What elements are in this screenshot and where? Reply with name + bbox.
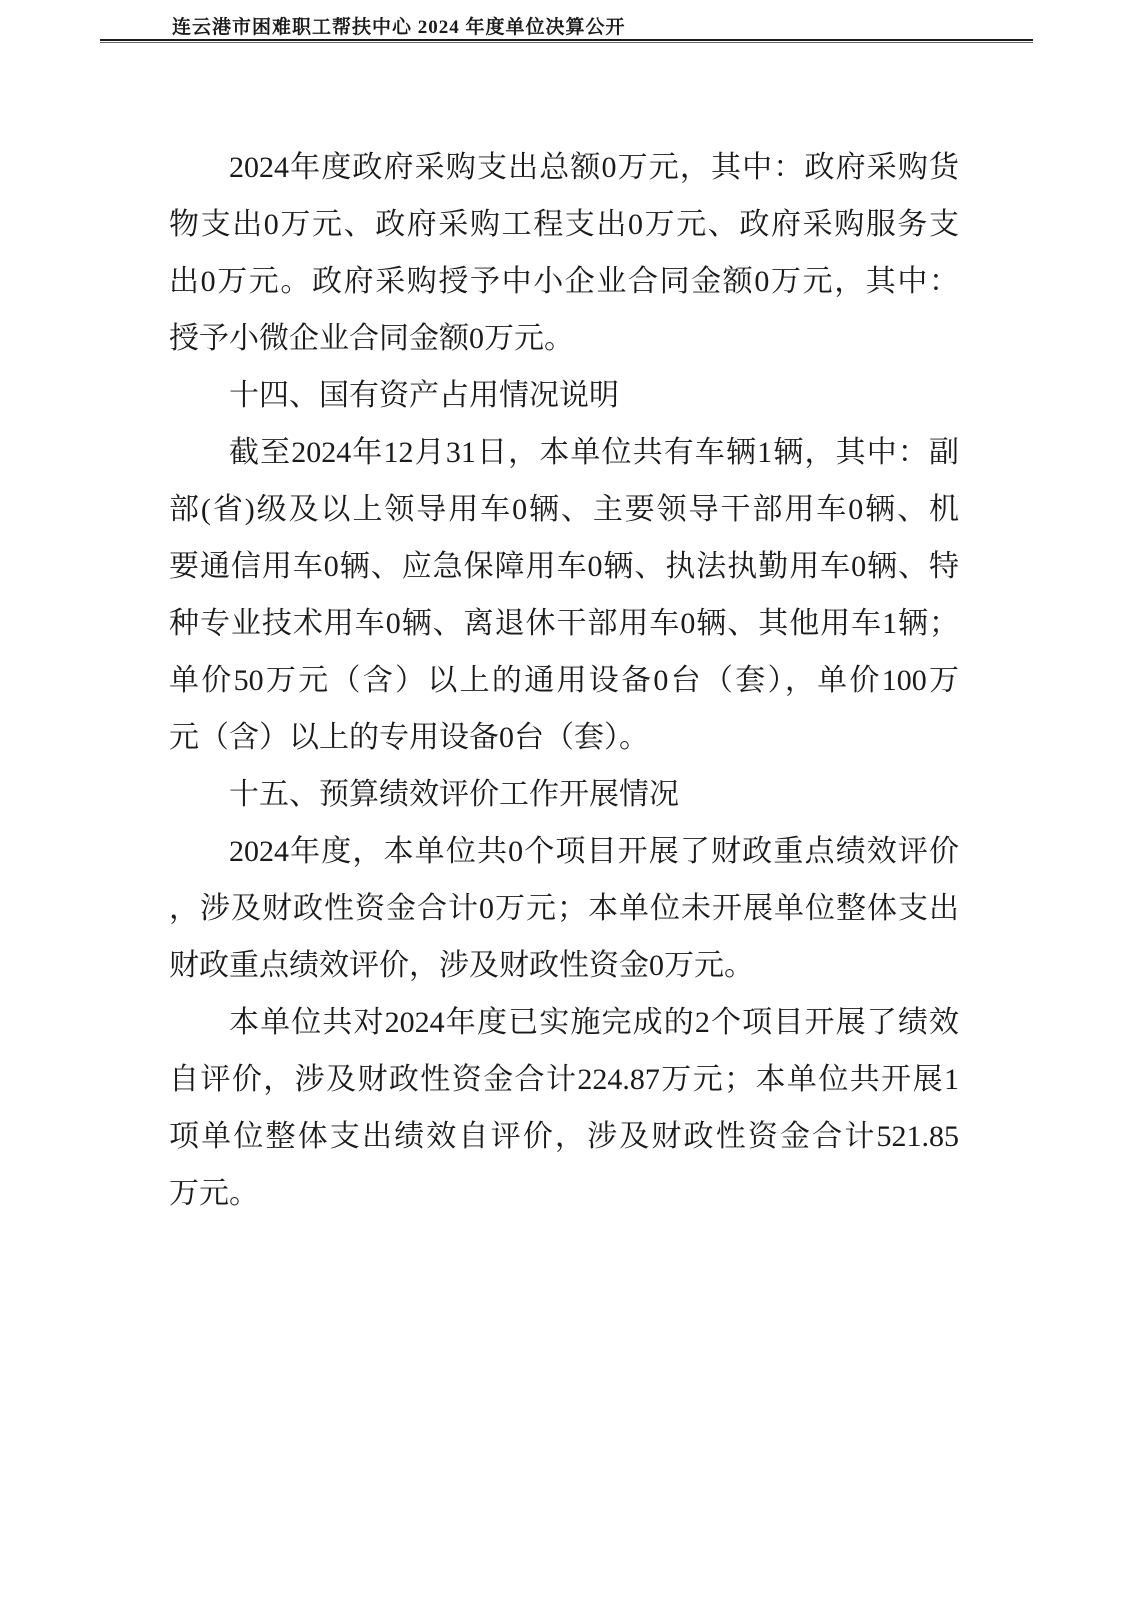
text-line: 万元。 <box>169 1165 959 1222</box>
text-line: 自评价，涉及财政性资金合计224.87万元；本单位共开展1 <box>169 1051 959 1108</box>
text-line: 2024年度，本单位共0个项目开展了财政重点绩效评价 <box>169 823 959 880</box>
text-line: ，涉及财政性资金合计0万元；本单位未开展单位整体支出 <box>169 880 959 937</box>
text-line: 部(省)级及以上领导用车0辆、主要领导干部用车0辆、机 <box>169 481 959 538</box>
text-line: 元（含）以上的专用设备0台（套）。 <box>169 709 959 766</box>
text-line: 物支出0万元、政府采购工程支出0万元、政府采购服务支 <box>169 196 959 253</box>
text-line: 项单位整体支出绩效自评价，涉及财政性资金合计521.85 <box>169 1108 959 1165</box>
text-line: 单价50万元（含）以上的通用设备0台（套），单价100万 <box>169 652 959 709</box>
text-line: 截至2024年12月31日，本单位共有车辆1辆，其中：副 <box>169 424 959 481</box>
document-page: 连云港市困难职工帮扶中心 2024 年度单位决算公开 2024年度政府采购支出总… <box>0 0 1131 1600</box>
section-heading: 十五、预算绩效评价工作开展情况 <box>169 766 959 823</box>
document-body: 2024年度政府采购支出总额0万元，其中：政府采购货物支出0万元、政府采购工程支… <box>169 139 959 1222</box>
text-line: 出0万元。政府采购授予中小企业合同金额0万元，其中： <box>169 253 959 310</box>
page-header-title: 连云港市困难职工帮扶中心 2024 年度单位决算公开 <box>172 12 626 39</box>
text-line: 财政重点绩效评价，涉及财政性资金0万元。 <box>169 937 959 994</box>
text-line: 要通信用车0辆、应急保障用车0辆、执法执勤用车0辆、特 <box>169 538 959 595</box>
text-line: 2024年度政府采购支出总额0万元，其中：政府采购货 <box>169 139 959 196</box>
header-rule-thin-line <box>100 42 1033 43</box>
header-rule <box>100 39 1033 43</box>
text-line: 本单位共对2024年度已实施完成的2个项目开展了绩效 <box>169 994 959 1051</box>
section-heading: 十四、国有资产占用情况说明 <box>169 367 959 424</box>
header-rule-thick-line <box>100 39 1033 41</box>
text-line: 授予小微企业合同金额0万元。 <box>169 310 959 367</box>
text-line: 种专业技术用车0辆、离退休干部用车0辆、其他用车1辆； <box>169 595 959 652</box>
